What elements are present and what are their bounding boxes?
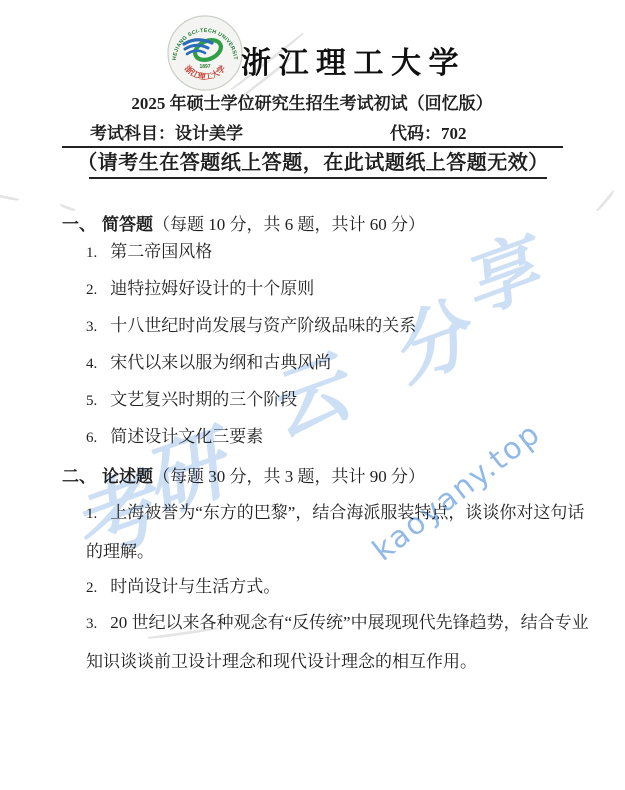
answer-notice: （请考生在答题纸上答题，在此试题纸上答题无效） <box>77 150 549 176</box>
horizontal-rule <box>62 146 563 148</box>
question-number: 3. <box>86 616 97 632</box>
question-number: 2. <box>86 580 97 596</box>
section-meta: （每题 10 分，共 6 题，共计 60 分） <box>153 215 425 234</box>
question-text: 20 世纪以来各种观念有“反传统”中展现现代先锋趋势，结合专业知识谈谈前卫设计理… <box>86 613 589 671</box>
question-text: 简述设计文化三要素 <box>110 427 263 446</box>
section-meta: （每题 30 分，共 3 题，共计 90 分） <box>153 467 425 486</box>
scan-artifact <box>0 194 19 211</box>
question-number: 1. <box>86 245 97 261</box>
section-number: 二、 <box>62 467 96 486</box>
seal-year: 1897 <box>199 64 210 70</box>
exam-subtitle: 2025 年硕士学位研究生招生考试初试（回忆版） <box>131 92 492 116</box>
exam-paper-page: 考 研 云 分 享 kaoyany.top ZHEJIANG SCI-TECH … <box>0 0 625 790</box>
question-number: 3. <box>86 319 97 335</box>
question-item: 1.上海被誉为“东方的巴黎”，结合海派服装特点，谈谈你对这句话的理解。 <box>86 494 591 570</box>
question-item: 4.宋代以来以服为纲和古典风尚 <box>86 344 591 383</box>
question-text: 第二帝国风格 <box>110 242 212 261</box>
notice-underline <box>89 177 547 179</box>
scan-artifact <box>596 190 622 218</box>
question-number: 2. <box>86 282 97 298</box>
section-number: 一、 <box>62 215 96 234</box>
section-title: 简答题 <box>102 215 153 234</box>
question-text: 宋代以来以服为纲和古典风尚 <box>110 353 331 372</box>
university-seal-logo: ZHEJIANG SCI-TECH UNIVERSITY 1897 浙江理工大学 <box>167 15 243 91</box>
question-number: 5. <box>86 393 97 409</box>
question-text: 文艺复兴时期的三个阶段 <box>110 390 297 409</box>
question-number: 1. <box>86 506 97 522</box>
section-title: 论述题 <box>102 467 153 486</box>
question-item: 1.第二帝国风格 <box>86 233 591 272</box>
question-item: 6.简述设计文化三要素 <box>86 418 591 457</box>
question-text: 十八世纪时尚发展与资产阶级品味的关系 <box>110 316 416 335</box>
question-number: 4. <box>86 356 97 372</box>
question-item: 3.20 世纪以来各种观念有“反传统”中展现现代先锋趋势，结合专业知识谈谈前卫设… <box>86 604 591 680</box>
exam-subject: 考试科目：设计美学 <box>90 123 243 145</box>
question-item: 2.迪特拉姆好设计的十个原则 <box>86 270 591 309</box>
question-text: 上海被誉为“东方的巴黎”，结合海派服装特点，谈谈你对这句话的理解。 <box>86 503 584 561</box>
question-text: 时尚设计与生活方式。 <box>110 577 280 596</box>
seal-svg: ZHEJIANG SCI-TECH UNIVERSITY 1897 浙江理工大学 <box>167 15 243 91</box>
exam-code: 代码：702 <box>390 123 467 145</box>
question-item: 5.文艺复兴时期的三个阶段 <box>86 381 591 420</box>
section-header-essay: 二、论述题（每题 30 分，共 3 题，共计 90 分） <box>62 464 425 490</box>
question-number: 6. <box>86 430 97 446</box>
question-item: 2.时尚设计与生活方式。 <box>86 568 591 607</box>
question-text: 迪特拉姆好设计的十个原则 <box>110 279 314 298</box>
question-item: 3.十八世纪时尚发展与资产阶级品味的关系 <box>86 307 591 346</box>
university-title: 浙 江 理 工 大 学 <box>241 44 471 84</box>
